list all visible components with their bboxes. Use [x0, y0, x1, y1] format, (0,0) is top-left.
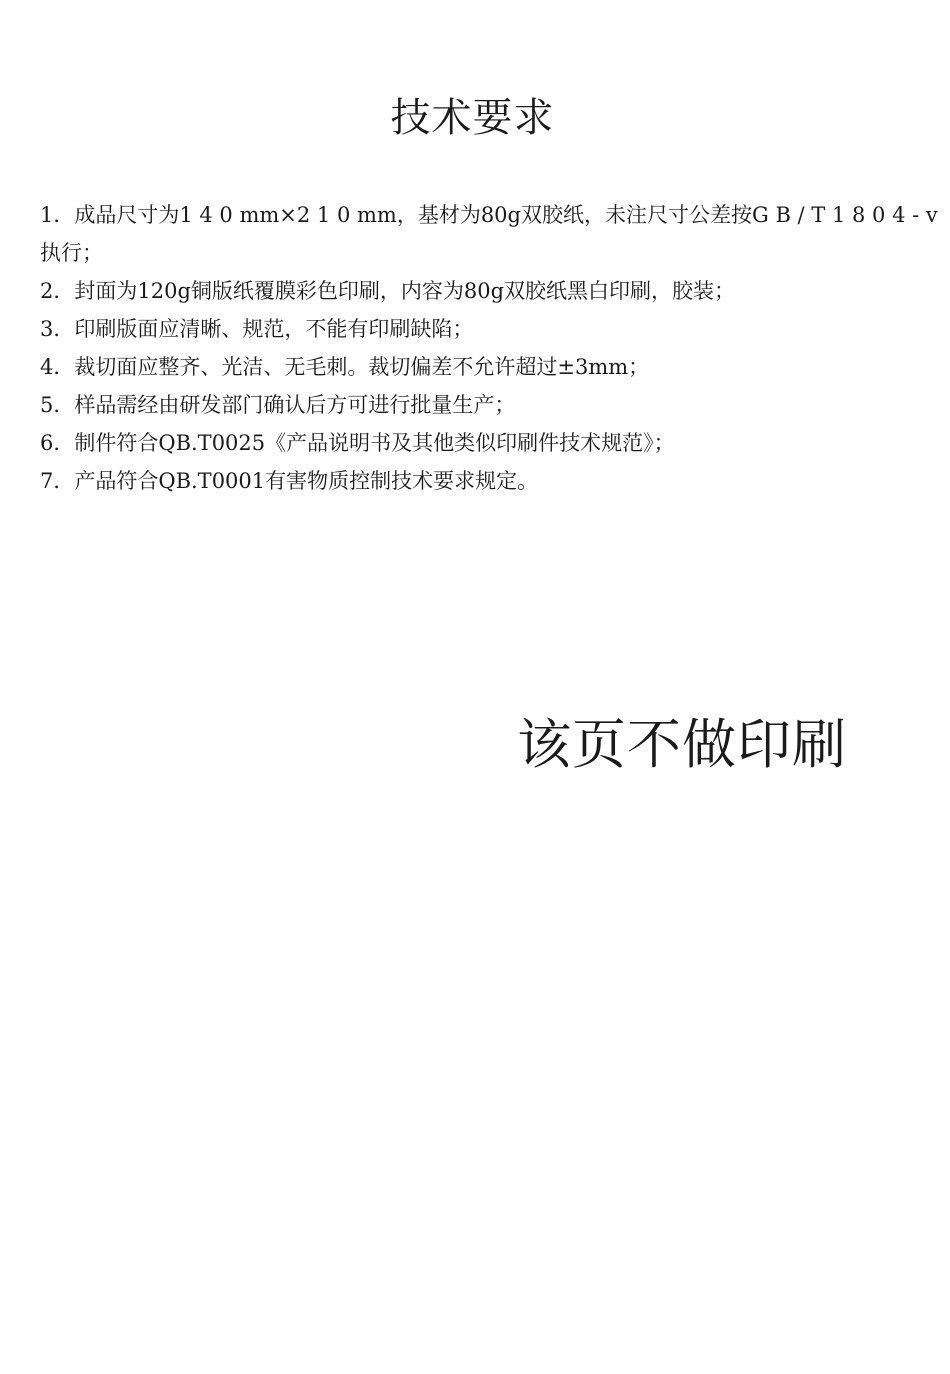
- requirement-item: 4．裁切面应整齐、光洁、无毛刺。裁切偏差不允许超过±3mm；: [40, 348, 950, 386]
- no-print-note: 该页不做印刷: [517, 710, 847, 780]
- requirement-item: 7．产品符合QB.T0001有害物质控制技术要求规定。: [40, 462, 950, 500]
- requirement-item: 6．制件符合QB.T0025《产品说明书及其他类似印刷件技术规范》；: [40, 424, 950, 462]
- requirement-item: 2．封面为120g铜版纸覆膜彩色印刷，内容为80g双胶纸黑白印刷，胶装；: [40, 272, 950, 310]
- page-title: 技术要求: [0, 92, 945, 144]
- requirements-list: 1．成品尺寸为1 4 0 mm×2 1 0 mm，基材为80g双胶纸，未注尺寸公…: [40, 196, 950, 500]
- requirement-item: 3．印刷版面应清晰、规范，不能有印刷缺陷；: [40, 310, 950, 348]
- requirement-item: 5．样品需经由研发部门确认后方可进行批量生产；: [40, 386, 950, 424]
- requirement-item: 1．成品尺寸为1 4 0 mm×2 1 0 mm，基材为80g双胶纸，未注尺寸公…: [40, 196, 950, 272]
